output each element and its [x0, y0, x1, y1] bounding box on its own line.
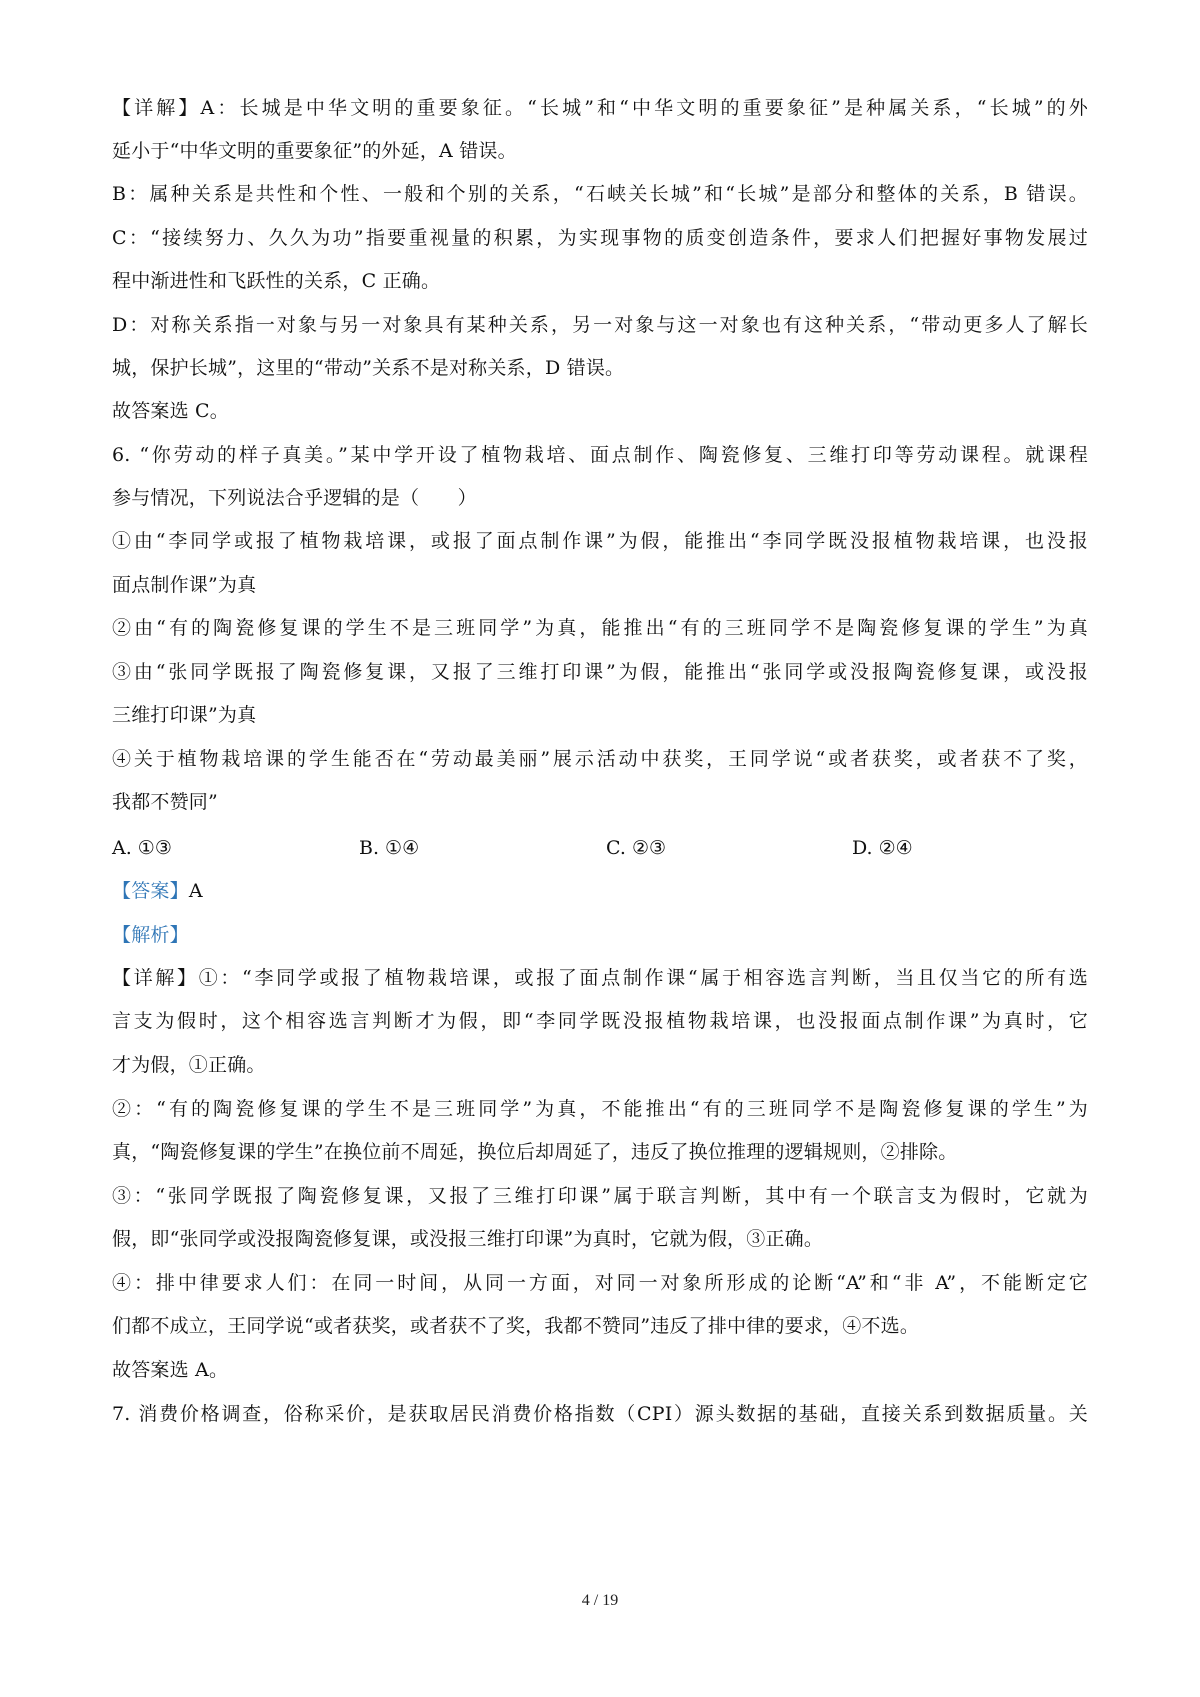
statement-3: ③由“张同学既报了陶瓷修复课，又报了三维打印课”为假，能推出“张同学或没报陶瓷修…	[112, 658, 1088, 686]
detail-line: ④：排中律要求人们：在同一时间，从同一方面，对同一对象所形成的论断“A”和“非 …	[112, 1269, 1088, 1297]
answer-value: A	[189, 880, 203, 902]
statement-3-cont: 三维打印课”为真	[112, 701, 1088, 729]
detail-label: 【详解】	[112, 97, 201, 119]
detail-line: 【详解】A：长城是中华文明的重要象征。“长城”和“中华文明的重要象征”是种属关系…	[112, 94, 1088, 122]
page-number: 4 / 19	[0, 1592, 1200, 1610]
detail-line: C：“接续努力、久久为功”指要重视量的积累，为实现事物的质变创造条件，要求人们把…	[112, 224, 1088, 252]
analysis-label: 【解析】	[112, 921, 1088, 949]
detail-line: 真，“陶瓷修复课的学生”在换位前不周延，换位后却周延了，违反了换位推理的逻辑规则…	[112, 1138, 1088, 1166]
detail-line: 【详解】①：“李同学或报了植物栽培课，或报了面点制作课“属于相容选言判断，当且仅…	[112, 964, 1088, 992]
detail-line: 延小于“中华文明的重要象征”的外延，A 错误。	[112, 137, 1088, 165]
detail-label: 【详解】	[112, 967, 199, 989]
question-stem: 参与情况，下列说法合乎逻辑的是（ ）	[112, 484, 1088, 512]
answer-line: 【答案】A	[112, 877, 1088, 905]
detail-line: ②：“有的陶瓷修复课的学生不是三班同学”为真，不能推出“有的三班同学不是陶瓷修复…	[112, 1095, 1088, 1123]
conclusion-line: 故答案选 A。	[112, 1356, 1088, 1384]
statement-1-cont: 面点制作课”为真	[112, 571, 1088, 599]
statement-4-cont: 我都不赞同”	[112, 788, 1088, 816]
option-c: C. ②③	[606, 834, 666, 862]
detail-line: 程中渐进性和飞跃性的关系，C 正确。	[112, 267, 1088, 295]
detail-line: ③：“张同学既报了陶瓷修复课，又报了三维打印课”属于联言判断，其中有一个联言支为…	[112, 1182, 1088, 1210]
detail-line: 城，保护长城”，这里的“带动”关系不是对称关系，D 错误。	[112, 354, 1088, 382]
detail-line: 言支为假时，这个相容选言判断才为假，即“李同学既没报植物栽培课，也没报面点制作课…	[112, 1007, 1088, 1035]
statement-2: ②由“有的陶瓷修复课的学生不是三班同学”为真，能推出“有的三班同学不是陶瓷修复课…	[112, 614, 1088, 642]
detail-line: 才为假，①正确。	[112, 1051, 1088, 1079]
document-page: 【详解】A：长城是中华文明的重要象征。“长城”和“中华文明的重要象征”是种属关系…	[0, 0, 1200, 1697]
option-b: B. ①④	[359, 834, 419, 862]
statement-4: ④关于植物栽培课的学生能否在“劳动最美丽”展示活动中获奖，王同学说“或者获奖，或…	[112, 745, 1088, 773]
detail-line: 假，即“张同学或没报陶瓷修复课，或没报三维打印课”为真时，它就为假，③正确。	[112, 1225, 1088, 1253]
question-stem: 6. “你劳动的样子真美。”某中学开设了植物栽培、面点制作、陶瓷修复、三维打印等…	[112, 441, 1088, 469]
question-stem: 7. 消费价格调查，俗称采价，是获取居民消费价格指数（CPI）源头数据的基础，直…	[112, 1400, 1088, 1428]
option-a: A. ①③	[112, 834, 172, 862]
conclusion-line: 故答案选 C。	[112, 397, 1088, 425]
detail-line: D：对称关系指一对象与另一对象具有某种关系，另一对象与这一对象也有这种关系，“带…	[112, 311, 1088, 339]
detail-line: B：属种关系是共性和个性、一般和个别的关系，“石峡关长城”和“长城”是部分和整体…	[112, 180, 1088, 208]
answer-label: 【答案】	[112, 880, 189, 902]
option-d: D. ②④	[852, 834, 913, 862]
statement-1: ①由“李同学或报了植物栽培课，或报了面点制作课”为假，能推出“李同学既没报植物栽…	[112, 527, 1088, 555]
detail-line: 们都不成立，王同学说“或者获奖，或者获不了奖，我都不赞同”违反了排中律的要求，④…	[112, 1312, 1088, 1340]
